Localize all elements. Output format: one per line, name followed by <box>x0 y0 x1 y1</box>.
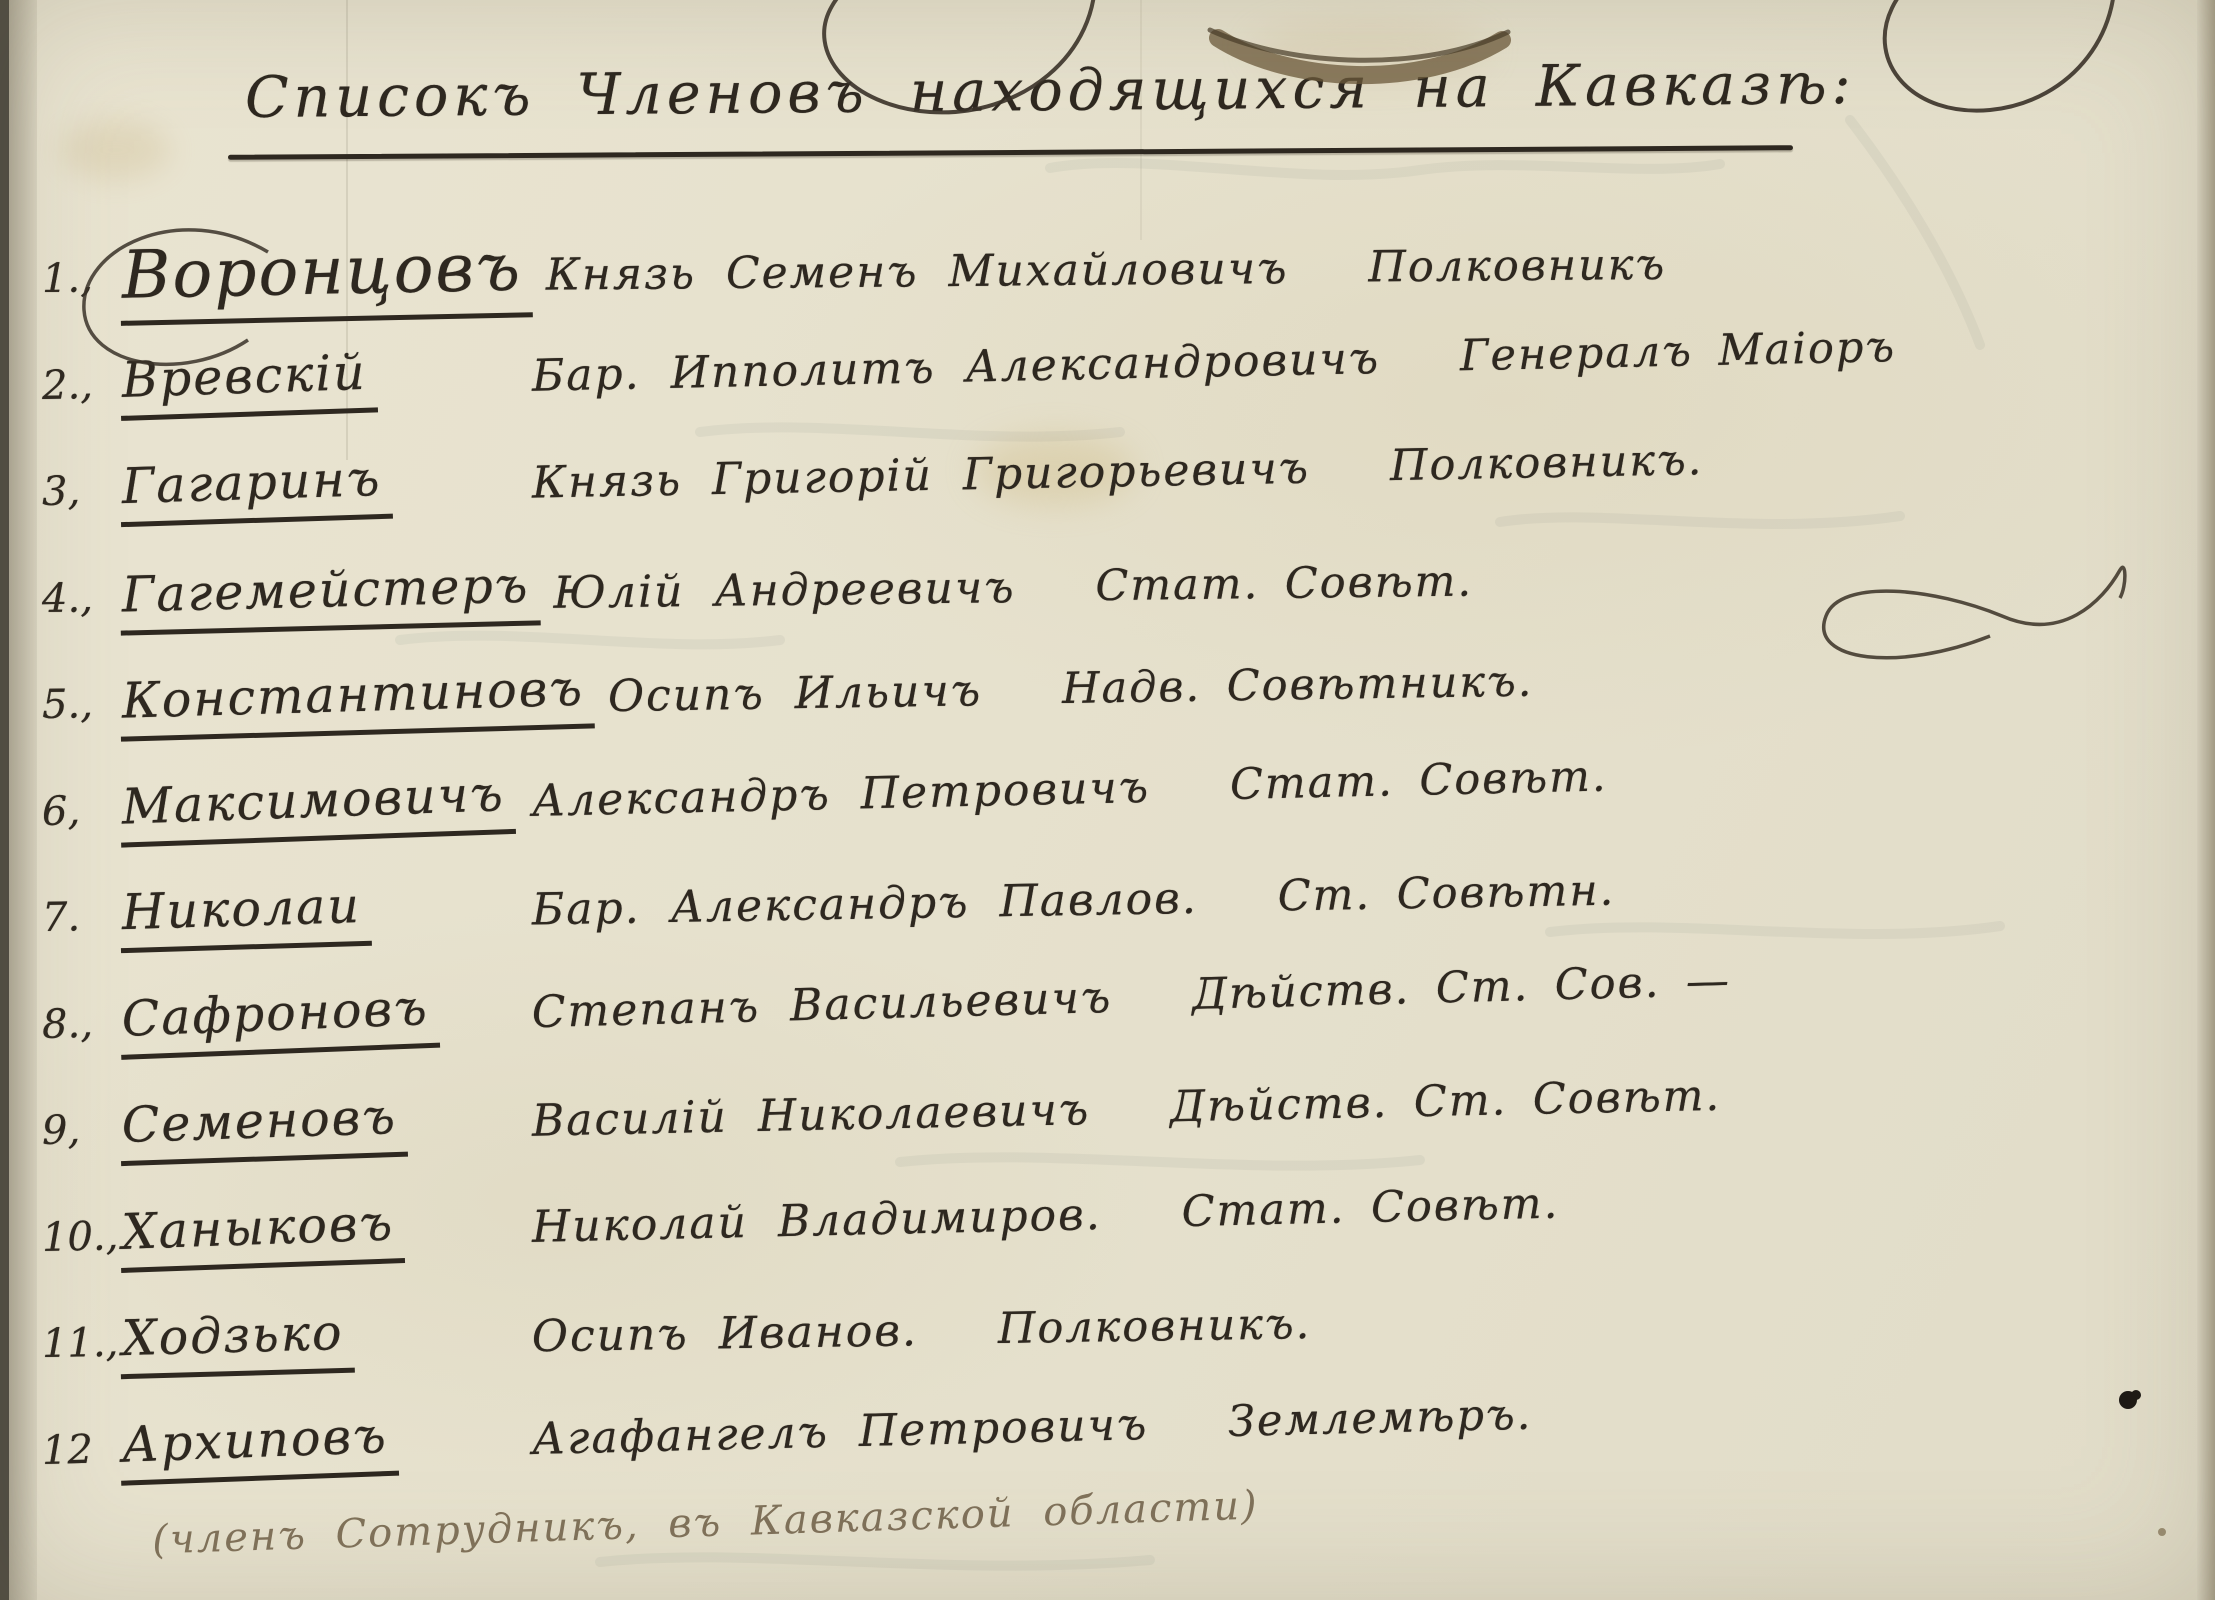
entry-number: 9, <box>42 1107 121 1155</box>
member-list: 1., Воронцовъ Князь Семенъ Михайловичъ П… <box>42 226 2145 1504</box>
page-edge-left <box>0 0 9 1600</box>
entry-number: 12 <box>41 1426 120 1474</box>
entry-rank: Стат. Совѣт. <box>1181 1178 1560 1237</box>
entry-rank: Надв. Совѣтникъ. <box>1062 657 1534 714</box>
entry-number: 1., <box>42 256 120 303</box>
entry-rank: Полковникъ. <box>997 1299 1311 1354</box>
entry-name: Бар. Ипполитъ Александровичъ <box>531 332 1380 401</box>
entry-surname: Константиновъ <box>119 662 594 738</box>
entry-number: 4., <box>42 575 121 622</box>
entry-surname: Максимовичъ <box>119 766 518 844</box>
entry-surname: Вревскій <box>119 341 518 418</box>
entry-surname: Ходзько <box>119 1302 518 1377</box>
entry-name: Николай Владимиров. <box>531 1188 1102 1252</box>
entry-name: Степанъ Васильевичъ <box>531 971 1113 1037</box>
entry-number: 10., <box>41 1213 120 1261</box>
entry-rank: Землемѣръ. <box>1228 1389 1533 1446</box>
entry-surname: Семеновъ <box>119 1087 518 1164</box>
entry-rank: Полковникъ. <box>1389 435 1703 491</box>
entry-rank: Стат. Совѣт. <box>1229 751 1608 810</box>
entry-name: Князь Григорій Григорьевичъ <box>531 442 1310 508</box>
entry-number: 2., <box>42 361 121 409</box>
entry-name: Василій Николаевичъ <box>531 1084 1090 1147</box>
entry-number: 8., <box>41 1000 120 1048</box>
entry-name: Осипъ Иванов. <box>532 1305 919 1362</box>
entry-surname: Николаи <box>119 875 518 951</box>
entry-number: 7. <box>42 894 121 941</box>
paper-stain <box>60 120 170 180</box>
entry-surname: Гагаринъ <box>119 449 518 526</box>
ink-flourish-right <box>1885 0 2115 111</box>
entry-rank: Полковникъ <box>1368 240 1666 293</box>
page-gutter-shadow <box>9 0 37 1600</box>
page-title: Списокъ Членовъ находящихся на Кавказѣ: <box>245 51 1856 131</box>
entry-number: 3, <box>42 468 121 515</box>
entry-rank: Стат. Совѣт. <box>1095 556 1473 611</box>
entry-surname: Гагемейстеръ <box>120 558 540 632</box>
entry-name: Князь Семенъ Михайловичъ <box>546 243 1289 300</box>
entry-number: 5., <box>42 681 121 728</box>
entry-name: Бар. Александръ Павлов. <box>531 873 1198 936</box>
entry-surname: Воронцовъ <box>120 230 533 323</box>
entry-rank: Дѣйств. Ст. Сов. — <box>1191 956 1731 1020</box>
page-edge-right <box>2197 0 2215 1600</box>
entry-name: Александръ Петровичъ <box>531 761 1150 826</box>
entry-name: Агафангелъ Петровичъ <box>531 1398 1149 1464</box>
entry-number: 6, <box>41 787 120 835</box>
entry-rank: Ст. Совѣтн. <box>1277 866 1615 922</box>
entry-surname: Сафроновъ <box>119 978 519 1057</box>
title-underline <box>228 145 1793 160</box>
entry-name: Осипъ Ильичъ <box>608 665 983 722</box>
entry-rank: Генералъ Маіоръ <box>1459 322 1896 381</box>
entry-name: Юлій Андреевичъ <box>553 561 1016 618</box>
entry-surname: Архиповъ <box>119 1405 519 1484</box>
entry-rank: Дѣйств. Ст. Совѣт. <box>1170 1071 1722 1133</box>
document-page: Списокъ Членовъ находящихся на Кавказѣ: … <box>0 0 2215 1600</box>
entry-number: 11., <box>42 1320 121 1367</box>
entry-surname: Ханыковъ <box>119 1192 518 1270</box>
